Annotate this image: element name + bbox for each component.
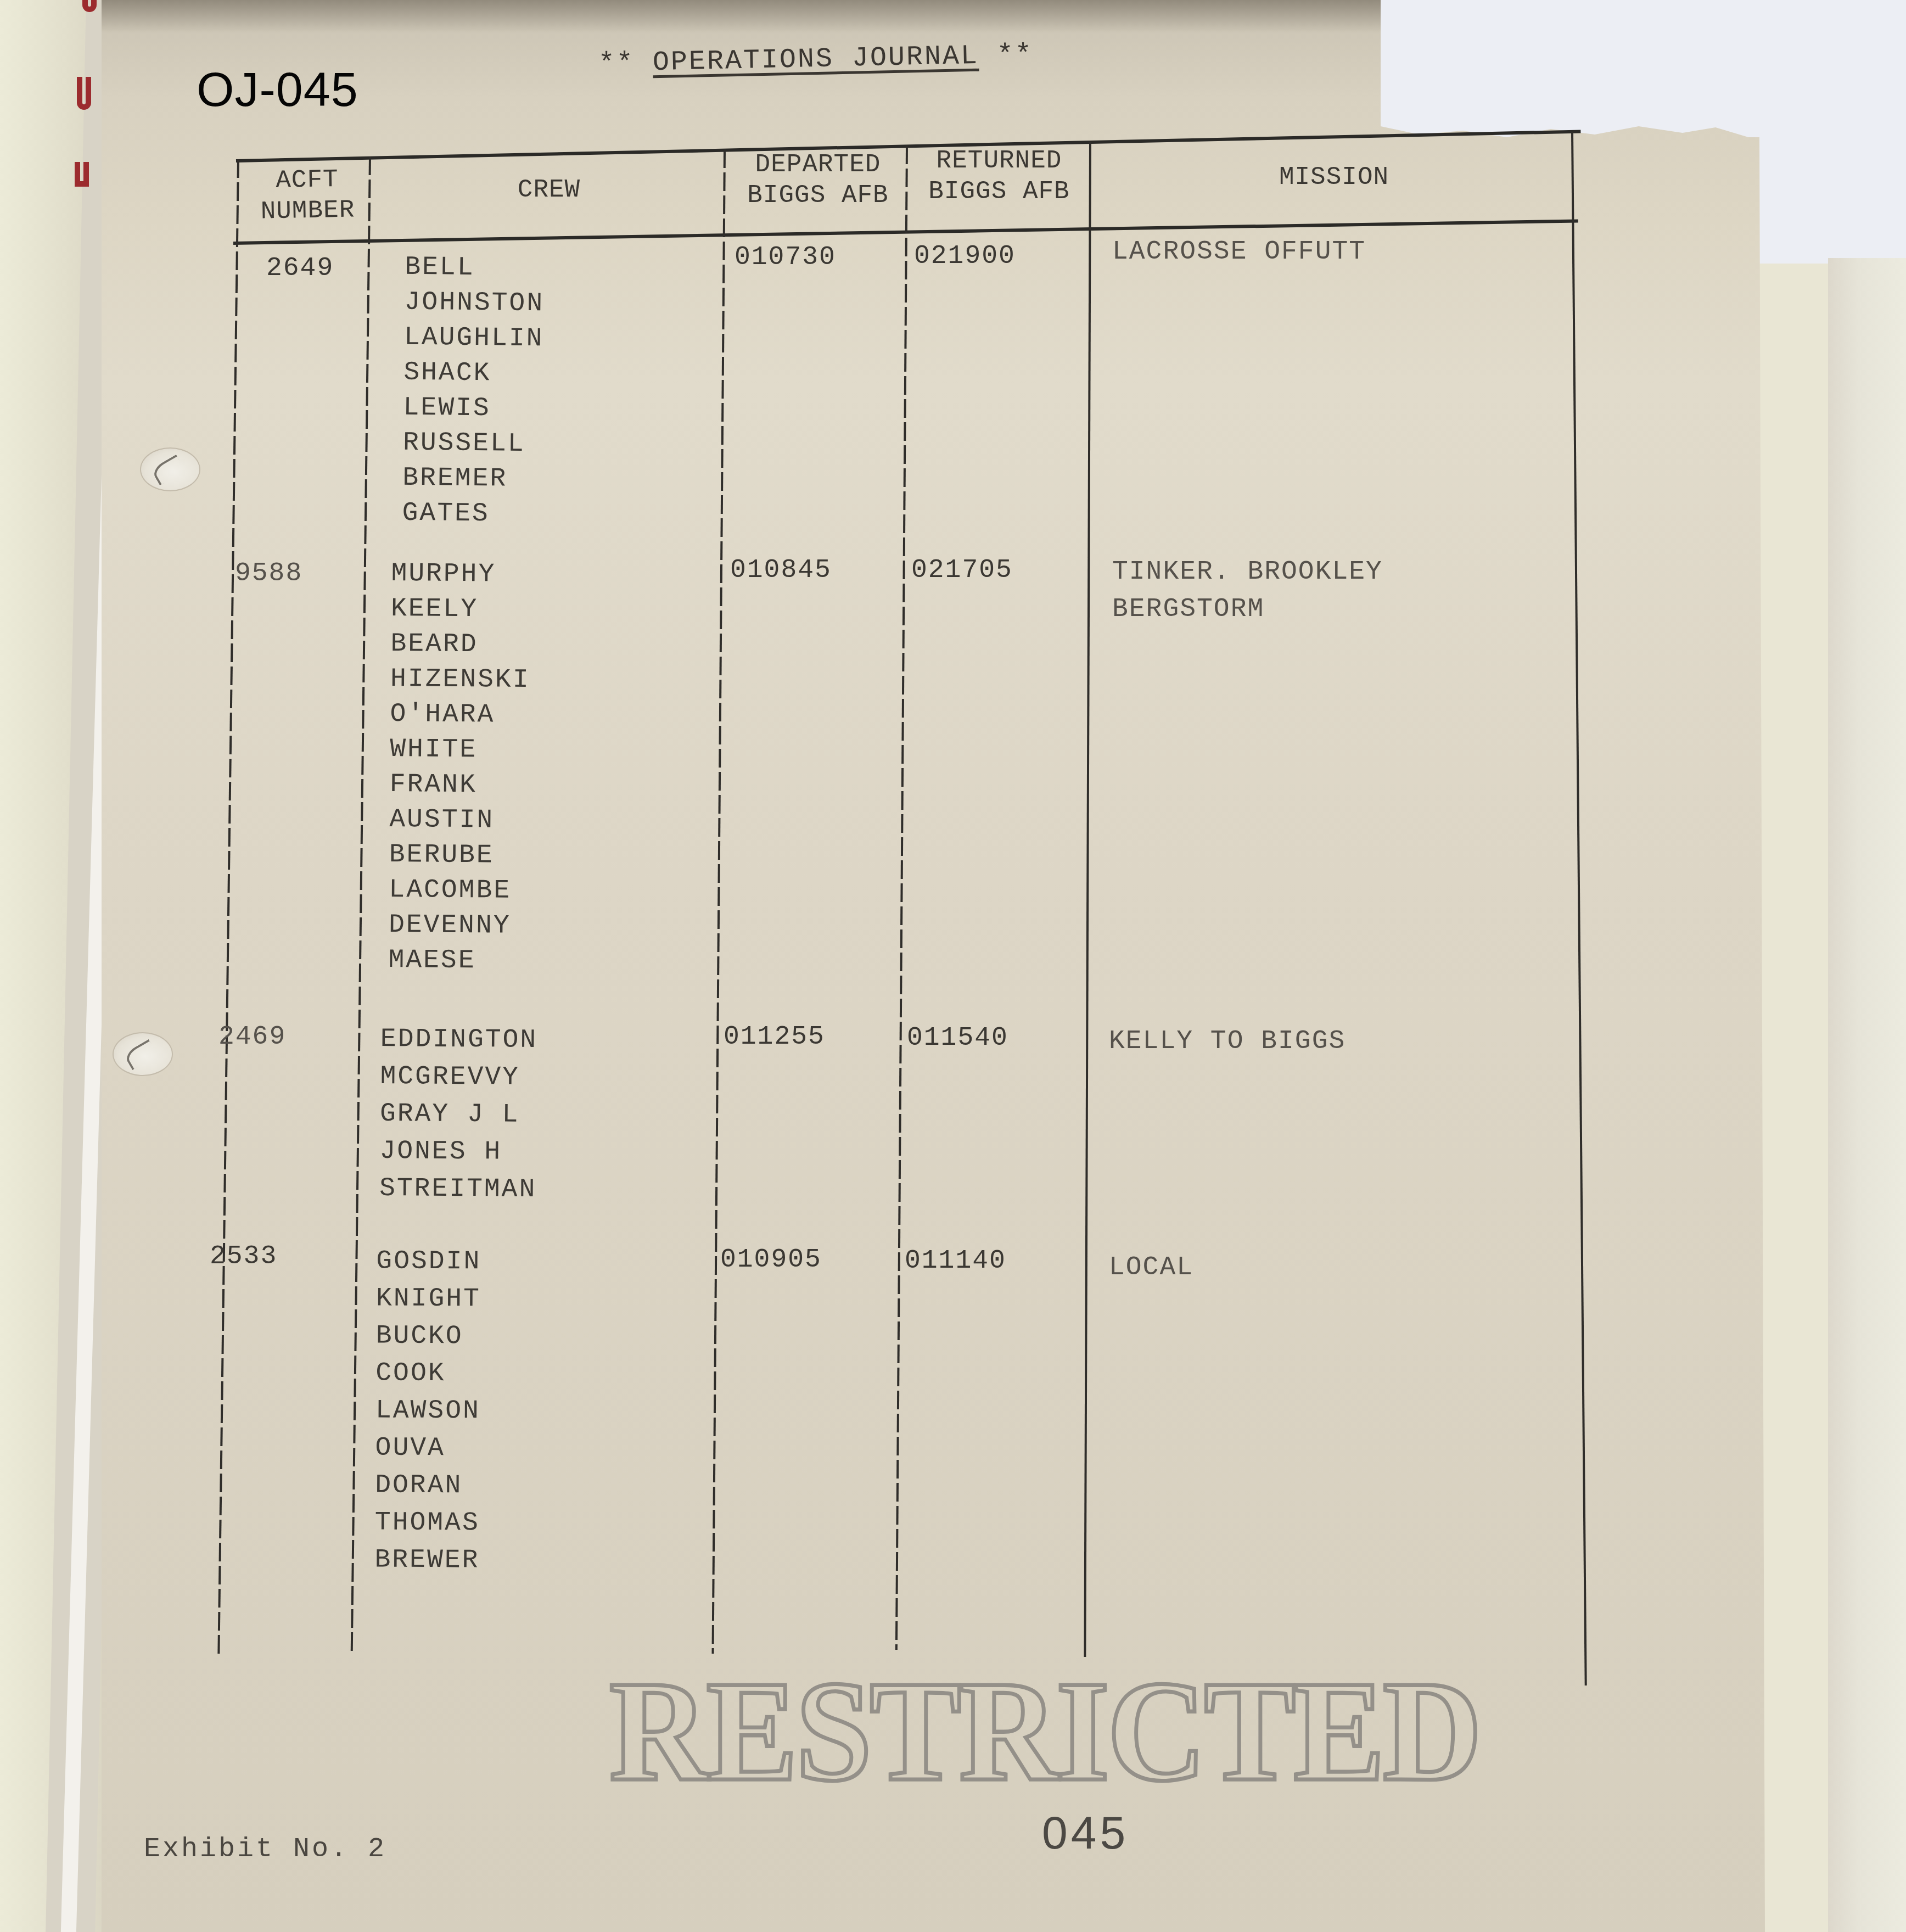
departed-time: 010905 [720,1245,822,1275]
header-crew: CREW [379,175,719,205]
crew-list: EDDINGTON MCGREVVY GRAY J L JONES H STRE… [379,1021,538,1208]
page-shadow [102,0,1381,33]
crew-member: GRAY J L [380,1095,537,1134]
mission-text: TINKER. BROOKLEY BERGSTORM [1112,553,1383,628]
underlying-sheet-edge [1828,258,1906,1932]
crew-member: MAESE [388,943,528,979]
crew-member: SHACK [403,355,543,392]
departed-time: 010730 [735,243,836,272]
returned-time: 021705 [911,556,1013,585]
page-number: 045 [1042,1806,1129,1860]
crew-member: LAWSON [375,1392,480,1430]
restricted-stamp: RESTRICTED [609,1649,1480,1815]
title-suffix: ** [978,40,1033,72]
crew-member: FRANK [390,767,530,803]
crew-member: DORAN [375,1466,480,1504]
crew-member: BUCKO [376,1318,481,1356]
crew-member: THOMAS [375,1504,480,1542]
returned-time: 021900 [914,242,1016,271]
crew-list: GOSDIN KNIGHT BUCKO COOK LAWSON OUVA DOR… [374,1243,481,1580]
crew-member: KEELY [391,591,531,628]
crew-member: MCGREVVY [380,1058,537,1096]
crew-member: AUSTIN [389,802,529,838]
returned-time: 011540 [907,1023,1008,1053]
mission-text: LOCAL [1109,1253,1193,1283]
exhibit-label: Exhibit No. 2 [144,1834,386,1865]
header-mission: MISSION [1098,162,1570,193]
mission-text: KELLY TO BIGGS [1109,1027,1346,1056]
crew-member: DEVENNY [389,908,529,944]
punch-hole [113,1032,173,1076]
crew-member: WHITE [390,732,530,768]
crew-member: LEWIS [403,390,543,427]
crew-member: EDDINGTON [380,1021,538,1059]
crew-member: O'HARA [390,697,530,733]
title-prefix: ** [598,47,653,80]
returned-time: 011140 [905,1246,1006,1276]
crew-list: BELL JOHNSTON LAUGHLIN SHACK LEWIS RUSSE… [402,250,545,533]
crew-member: STREITMAN [379,1170,537,1208]
punch-hole [140,447,200,491]
header-acft-number: ACFT NUMBER [246,164,368,227]
crew-member: KNIGHT [376,1280,481,1318]
crew-member: GOSDIN [376,1243,481,1281]
crew-member: LAUGHLIN [404,320,544,357]
crew-member: JOHNSTON [404,285,544,322]
crew-member: BREWER [374,1541,479,1579]
acft-number: 2533 [210,1242,277,1272]
crew-member: LACOMBE [389,872,529,909]
mission-text: LACROSSE OFFUTT [1112,237,1366,267]
acft-number: 2649 [266,254,334,283]
crew-member: BELL [405,250,545,287]
crew-member: JONES H [379,1133,537,1171]
red-tab-mark [77,77,91,110]
crew-list: MURPHY KEELY BEARD HIZENSKI O'HARA WHITE… [388,556,531,979]
departed-time: 011255 [724,1022,825,1052]
crew-member: BREMER [402,461,542,497]
header-returned: RETURNED BIGGS AFB [911,145,1087,207]
crew-member: RUSSELL [403,425,543,462]
crew-member: MURPHY [391,556,531,592]
document-id-label: OJ-045 [197,61,358,117]
crew-member: BERUBE [389,837,529,873]
crew-member: HIZENSKI [390,662,530,698]
acft-number: 9588 [235,559,302,589]
crew-member: GATES [402,496,542,533]
crew-member: COOK [375,1355,480,1393]
red-tab-mark [75,162,89,187]
departed-time: 010845 [730,556,832,585]
acft-number: 2469 [218,1022,286,1052]
crew-member: BEARD [390,626,530,663]
crew-member: OUVA [375,1430,480,1468]
header-departed: DEPARTED BIGGS AFB [727,149,909,211]
